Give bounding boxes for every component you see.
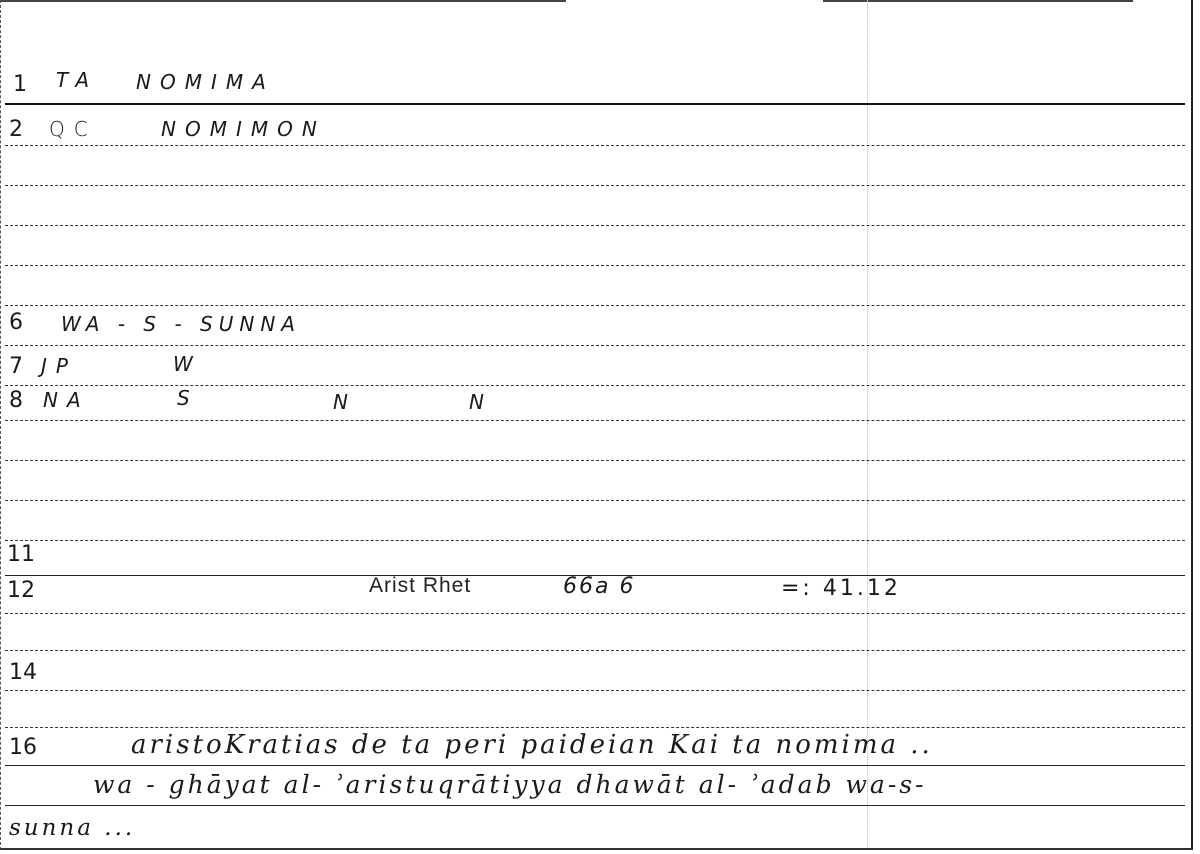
ruled-line	[5, 460, 1185, 461]
fold-mark	[867, 0, 868, 848]
entry-text: QC	[49, 117, 97, 141]
ruled-line	[5, 185, 1185, 186]
source-reference: Arist Rhet	[369, 574, 471, 598]
entry-text: NA	[43, 388, 90, 412]
ruled-line	[5, 225, 1185, 226]
entry-text: NOMIMON	[161, 117, 326, 141]
ruled-line	[5, 613, 1185, 614]
line-number: 8	[9, 388, 23, 413]
entry-text: JP	[41, 354, 77, 378]
arabic-transliteration: wa - ghāyat al- ʾaristuqrātiyya dhawāt a…	[93, 770, 927, 799]
line-number: 11	[7, 542, 35, 567]
ruled-line	[5, 727, 1185, 728]
ruled-line	[5, 805, 1185, 806]
ruled-line	[5, 690, 1185, 691]
line-number: 1	[13, 72, 27, 97]
line-number: 14	[9, 660, 37, 685]
entry-text: N	[333, 390, 357, 414]
entry-text: S	[177, 386, 199, 410]
ruled-line	[5, 145, 1185, 146]
entry-text: TA	[56, 68, 98, 92]
ruled-line	[5, 765, 1185, 766]
ruled-line	[5, 265, 1185, 266]
index-card: 1 TA NOMIMA 2 QC NOMIMON 6 WA - S - SUNN…	[0, 0, 1193, 850]
card-top-edge	[1, 0, 566, 2]
ruled-line	[5, 305, 1185, 306]
ruled-line	[5, 650, 1185, 651]
cross-reference: =: 41.12	[781, 576, 901, 601]
line-number: 6	[9, 310, 23, 335]
line-number: 7	[9, 354, 23, 379]
greek-transliteration: aristoKratias de ta peri paideian Kai ta…	[131, 730, 933, 760]
entry-text: W	[173, 352, 202, 376]
ruled-line	[5, 420, 1185, 421]
ruled-line	[5, 345, 1185, 346]
source-locus: 66a 6	[563, 574, 635, 599]
ruled-line	[5, 103, 1185, 105]
line-number: 16	[9, 735, 37, 760]
arabic-transliteration-cont: sunna ...	[9, 815, 135, 841]
line-number: 2	[9, 117, 23, 142]
line-number: 12	[7, 578, 35, 603]
card-top-edge	[823, 0, 1133, 2]
entry-text: NOMIMA	[136, 70, 275, 94]
ruled-line	[5, 540, 1185, 541]
entry-text: WA - S - SUNNA	[61, 312, 301, 336]
entry-text: N	[469, 390, 493, 414]
ruled-line	[5, 500, 1185, 501]
